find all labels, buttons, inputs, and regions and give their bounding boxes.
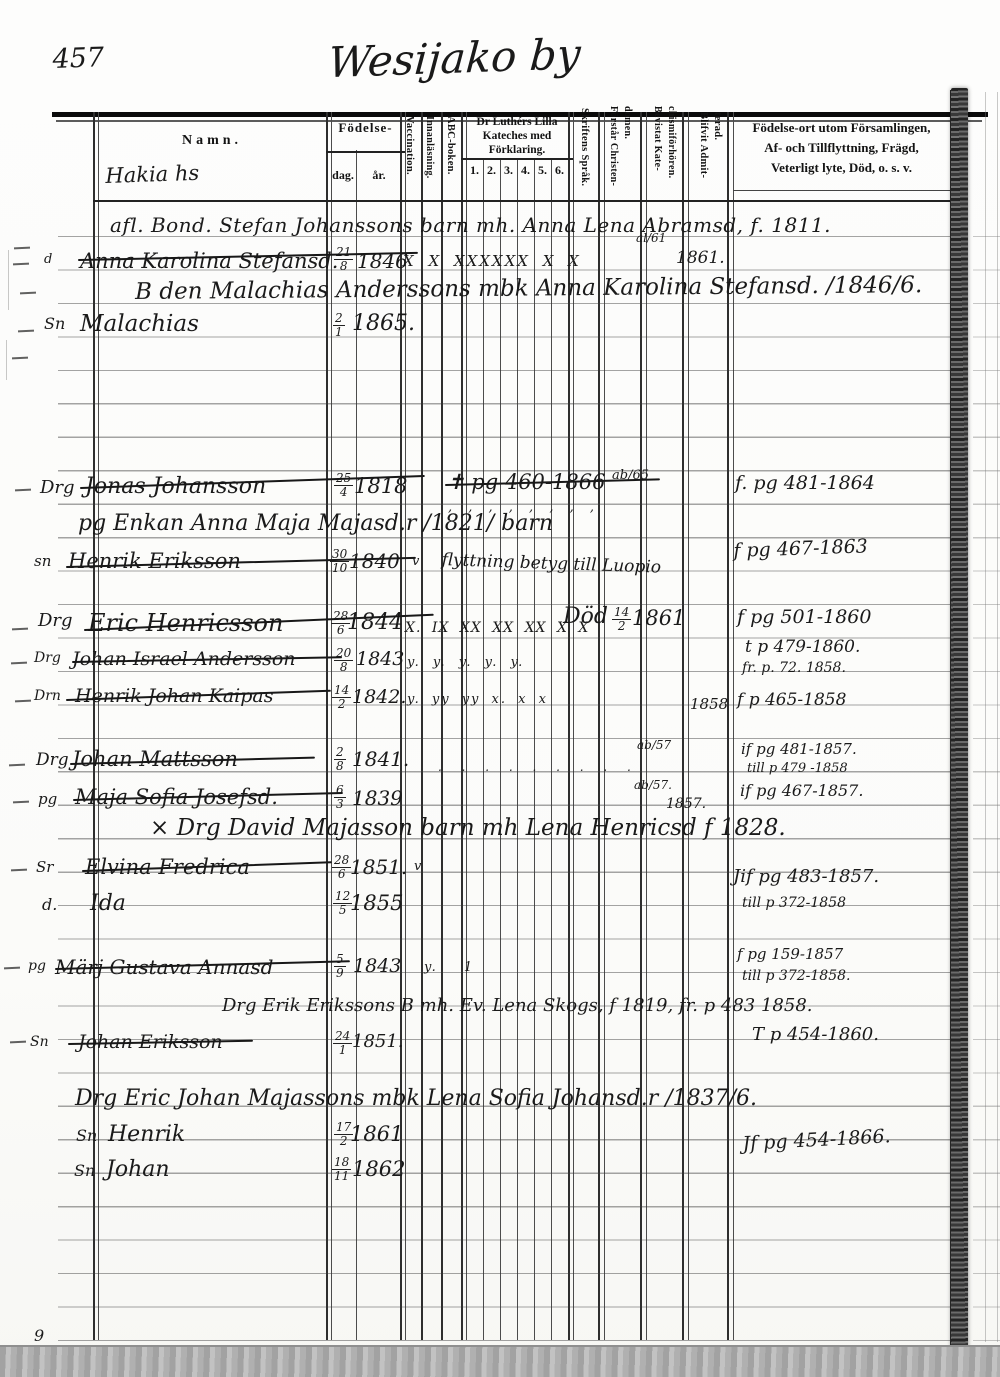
birth-year: 1843 — [353, 955, 401, 977]
birth-date: 59 — [334, 953, 346, 979]
kateches-line-3: Förklaring. — [462, 144, 572, 158]
entry-prefix: Drg — [36, 750, 69, 770]
kateches-col-6: 6. — [551, 163, 568, 178]
remark: if pg 467-1857. — [740, 781, 863, 800]
birth-year: 1840 — [349, 549, 400, 573]
bottom-margin-mark: 9 — [34, 1326, 44, 1345]
kateches-subcolumns: 1. 2. 3. 4. 5. 6. — [466, 163, 568, 178]
kateches-col-4: 4. — [517, 163, 534, 178]
entry-prefix: Sn — [44, 314, 65, 333]
birth-date: 28 — [334, 746, 346, 772]
remark-2: till p 479 -1858 — [747, 761, 848, 776]
remark: f pg 467-1863 — [733, 535, 868, 562]
entry-prefix: Sn — [30, 1034, 49, 1050]
kateches-line-1: Dr Luthérs Lilla — [462, 116, 572, 130]
binding-band — [951, 88, 968, 1350]
remark: T p 454-1860. — [752, 1024, 879, 1045]
fodelseort-line-3: Veterligt lyte, Död, o. s. v. — [733, 158, 950, 178]
col-header-fodelse: Födelse- — [326, 120, 405, 136]
remark: f p 465-1858 — [737, 690, 846, 710]
birth-year: 1851. — [352, 1031, 404, 1052]
birth-year: 1862 — [352, 1157, 405, 1181]
fodelseort-line-1: Födelse-ort utom Församlingen, — [733, 118, 950, 138]
header-rule — [461, 158, 573, 160]
kateches-col-3: 3. — [500, 163, 517, 178]
birth-date: 3010 — [330, 548, 349, 574]
remark: if pg 481-1857. — [741, 740, 857, 758]
entry-prefix: pg — [38, 790, 57, 808]
remark: t p 479-1860. — [745, 637, 860, 657]
entry-prefix: pg — [28, 958, 46, 974]
birth-year: 1842. — [352, 686, 406, 708]
birth-year: 1839 — [352, 786, 403, 810]
col-header-namn: Namn. — [98, 133, 326, 149]
col-header-blifvit-2: terad. — [712, 112, 723, 140]
remark: f pg 501-1860 — [737, 606, 871, 628]
death-note: Död — [563, 604, 608, 629]
col-header-vaccination: Vaccination. — [404, 116, 415, 175]
margin-tick — [15, 700, 31, 703]
catechism-marks: y. 1 — [424, 960, 474, 975]
col-header-ar: år. — [358, 168, 400, 183]
margin-tick — [12, 357, 28, 360]
next-page-row-rules — [973, 236, 1000, 1342]
entry-heading: pg Enkan Anna Maja Majasd.r /1821/ barn — [78, 511, 553, 536]
remark: f. pg 481-1864 — [735, 472, 875, 494]
entry-prefix: sn — [34, 552, 51, 570]
birth-year: 1851. — [350, 855, 407, 879]
page-number: 457 — [52, 42, 105, 75]
col-header-bevistat-2: chismiförhören. — [666, 106, 677, 178]
col-header-forstar-2: domen. — [622, 106, 633, 139]
next-page-edge — [985, 92, 986, 1342]
next-page-edge — [997, 92, 998, 1342]
col-header-kateches: Dr Luthérs Lilla Kateches med Förklaring… — [462, 116, 572, 157]
margin-tick — [10, 1041, 26, 1044]
margin-tick — [18, 330, 34, 333]
col-header-dag: dag. — [330, 168, 356, 183]
entry-name: Malachias — [80, 311, 199, 337]
col-header-skriftens-sprak: Skriftens Språk. — [579, 108, 590, 186]
birth-year: 1861 — [350, 1122, 403, 1146]
remark: f pg 159-1857 — [737, 945, 843, 963]
entry-name: Anna Karolina Stefansd. — [80, 249, 338, 273]
kateches-line-2: Kateches med — [462, 130, 572, 144]
catechism-marks: y. y. y. y. y. — [407, 655, 524, 670]
margin-tick — [11, 869, 27, 872]
scan-edge-mark — [8, 250, 9, 310]
scan-edge-mark — [6, 340, 7, 380]
entry-heading: afl. Bond. Stefan Johanssons barn mh. An… — [110, 213, 831, 237]
birth-year: 1855 — [350, 891, 403, 915]
col-header-abc-boken: ABC-boken. — [445, 116, 456, 175]
catechism-marks: X X XXXXXX X X — [403, 252, 581, 270]
catechism-marks: y. yy yy x. x x — [407, 692, 548, 707]
remark-2: till p 372-1858. — [742, 968, 850, 984]
entry-heading: Drg Eric Johan Majassons mbk Lena Sofia … — [75, 1086, 757, 1111]
kateches-col-5: 5. — [534, 163, 551, 178]
col-header-fodelseort: Födelse-ort utom Församlingen, Af- och T… — [733, 118, 950, 178]
entry-prefix: d. — [42, 895, 57, 914]
birth-date: 142 — [332, 684, 351, 710]
entry-prefix: Drg — [40, 477, 75, 498]
header-rule — [733, 190, 950, 191]
birth-date: 21 — [333, 312, 345, 338]
entry-prefix: Drg — [34, 650, 61, 666]
entry-heading: Drg Erik Erikssons B mh. Ev. Lena Skogs,… — [222, 995, 813, 1016]
entry-name: Ida — [90, 891, 126, 916]
birth-year: 1865. — [352, 311, 415, 336]
kateches-col-1: 1. — [466, 163, 483, 178]
col-header-innanlasning: Innanläsning. — [424, 116, 435, 179]
col-header-blifvit-1: Blifvit Admit- — [698, 112, 709, 178]
birth-date: 254 — [334, 472, 353, 498]
col-header-forstar-1: Förstår Christen- — [608, 106, 619, 186]
entry-heading: × Drg David Majasson barn mh Lena Henric… — [150, 815, 786, 841]
margin-tick — [12, 628, 28, 631]
entry-prefix: d — [44, 252, 52, 267]
birth-date: 208 — [334, 647, 353, 673]
scanned-church-record-page: 457 Wesijako by 9 Namn. Hakia hs Födelse… — [0, 0, 1000, 1377]
death-year: 1861 — [632, 606, 685, 630]
birth-date: 1811 — [332, 1156, 351, 1182]
entry-name: Henrik — [108, 1122, 185, 1147]
margin-tick — [13, 263, 29, 266]
remark: Jif pg 483-1857. — [733, 866, 879, 887]
margin-tick — [9, 764, 25, 767]
admission-year: 1861. — [676, 248, 725, 268]
birth-date: 218 — [334, 246, 353, 272]
kateches-col-2: 2. — [483, 163, 500, 178]
death-date: 142 — [612, 606, 631, 632]
birth-year: 1843 — [356, 648, 404, 670]
margin-tick — [15, 489, 31, 492]
scan-bottom-band — [0, 1345, 1000, 1377]
admission-note: ab/57. — [634, 778, 672, 792]
admission-year: 1858 — [690, 695, 728, 713]
entry-prefix: Sn — [76, 1126, 97, 1145]
entry-name: Johan — [106, 1157, 170, 1182]
remark-2: fr. p. 72. 1858. — [742, 660, 846, 676]
margin-tick — [20, 292, 36, 295]
mark-dots: . . . . . . . . . — [438, 760, 639, 774]
col-header-bevistat-1: Bevistat Kate- — [652, 106, 663, 171]
entry-name: Henrik Eriksson — [68, 549, 241, 573]
birth-year: 1841. — [352, 747, 409, 771]
fodelseort-line-2: Af- och Tillflyttning, Frägd, — [733, 138, 950, 158]
catechism-marks: X. IX XX XX XX X X — [405, 620, 589, 636]
entry-prefix: Sr — [36, 858, 53, 876]
margin-tick — [13, 801, 29, 804]
page-title: Wesijako by — [327, 29, 583, 87]
header-bottom-rule — [93, 200, 950, 202]
margin-tick — [11, 662, 27, 665]
admission-note: al/61 — [636, 231, 666, 245]
remark: till p 372-1858 — [742, 895, 846, 911]
margin-tick — [14, 247, 30, 250]
birth-date: 286 — [332, 854, 351, 880]
margin-tick — [4, 967, 20, 970]
birth-date: 241 — [333, 1030, 352, 1056]
entry-prefix: Drg — [38, 610, 73, 631]
namn-handwritten-note: Hakia hs — [105, 161, 200, 188]
entry-prefix: Drn — [34, 688, 61, 704]
header-rule — [326, 151, 405, 153]
birth-date: 63 — [334, 784, 346, 810]
check-mark: v — [414, 859, 421, 874]
admission-note: ab/57 — [637, 738, 671, 752]
entry-prefix: Sn — [74, 1161, 95, 1180]
admission-year: 1857. — [666, 796, 706, 812]
birth-year: 1844 — [347, 610, 403, 635]
